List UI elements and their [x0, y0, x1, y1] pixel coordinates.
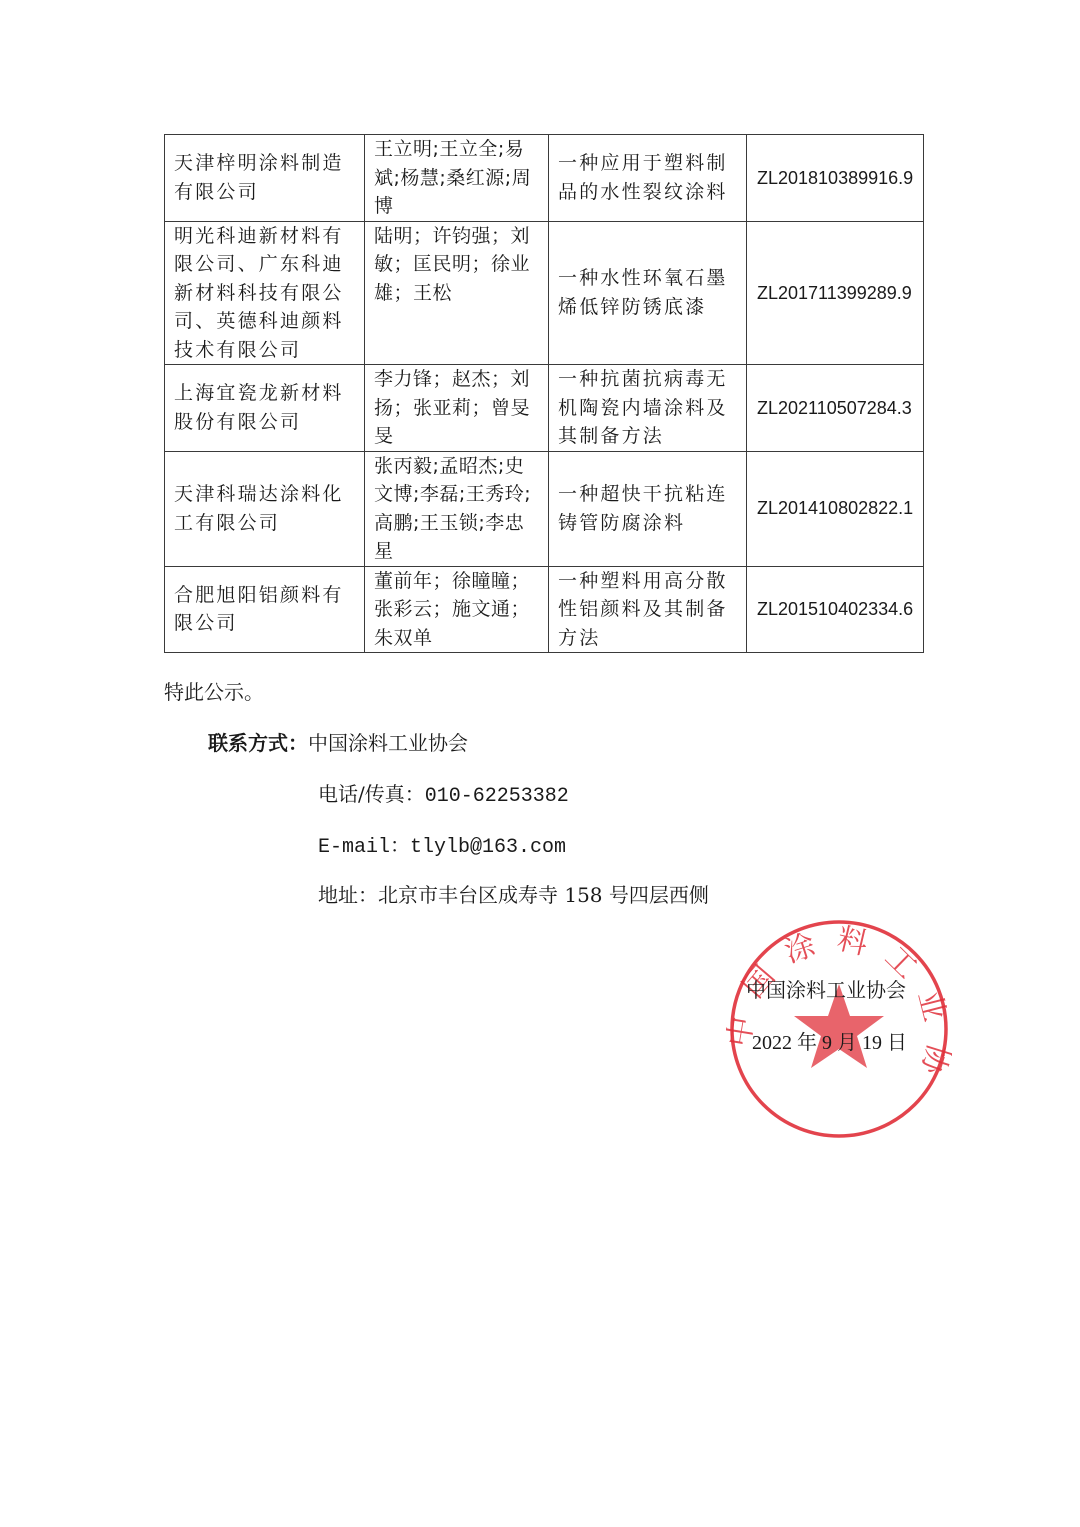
inventors-cell: 张丙毅;孟昭杰;史文博;李磊;王秀玲;高鹏;王玉锁;李忠星 — [365, 451, 549, 566]
patent-title-cell: 一种水性环氧石墨烯低锌防锈底漆 — [549, 221, 747, 365]
company-cell: 天津梓明涂料制造有限公司 — [165, 135, 365, 222]
patent-title-cell: 一种抗菌抗病毒无机陶瓷内墙涂料及其制备方法 — [549, 365, 747, 452]
inventors-cell: 李力锋；赵杰；刘扬；张亚莉；曾旻旻 — [365, 365, 549, 452]
company-cell: 上海宜瓷龙新材料股份有限公司 — [165, 365, 365, 452]
contact-label: 联系方式： — [208, 731, 308, 755]
contact-org: 中国涂料工业协会 — [308, 731, 468, 755]
patent-number-cell: ZL201711399289.9 — [747, 221, 924, 365]
patent-title-cell: 一种应用于塑料制品的水性裂纹涂料 — [549, 135, 747, 222]
patent-number-cell: ZL201510402334.6 — [747, 566, 924, 653]
phone-label: 电话/传真： — [318, 782, 425, 806]
table-row: 天津科瑞达涂料化工有限公司 张丙毅;孟昭杰;史文博;李磊;王秀玲;高鹏;王玉锁;… — [165, 451, 924, 566]
company-cell: 天津科瑞达涂料化工有限公司 — [165, 451, 365, 566]
patent-number-cell: ZL201410802822.1 — [747, 451, 924, 566]
signature-organization: 中国涂料工业协会 — [746, 974, 906, 1003]
signature-date: 2022 年 9 月 19 日 — [752, 1026, 907, 1055]
contact-org-line: 联系方式：中国涂料工业协会 — [208, 727, 468, 756]
inventors-cell: 董前年；徐瞳瞳；张彩云；施文通；朱双单 — [365, 566, 549, 653]
table-row: 明光科迪新材料有限公司、广东科迪新材料科技有限公司、英德科迪颜料技术有限公司 陆… — [165, 221, 924, 365]
table-row: 合肥旭阳铝颜料有限公司 董前年；徐瞳瞳；张彩云；施文通；朱双单 一种塑料用高分散… — [165, 566, 924, 653]
patent-number-cell: ZL201810389916.9 — [747, 135, 924, 222]
email-address: tlylb@163.com — [410, 836, 566, 859]
inventors-cell: 王立明;王立全;易斌;杨慧;桑红源;周博 — [365, 135, 549, 222]
patent-title-cell: 一种塑料用高分散性铝颜料及其制备方法 — [549, 566, 747, 653]
contact-phone-line: 电话/传真：010-62253382 — [318, 778, 569, 808]
inventors-cell: 陆明；许钧强；刘敏；匡民明；徐业雄；王松 — [365, 221, 549, 365]
table-row: 天津梓明涂料制造有限公司 王立明;王立全;易斌;杨慧;桑红源;周博 一种应用于塑… — [165, 135, 924, 222]
phone-number: 010-62253382 — [425, 785, 569, 808]
email-label: E-mail： — [318, 836, 410, 859]
patent-number-cell: ZL202110507284.3 — [747, 365, 924, 452]
address-label: 地址： — [318, 883, 378, 907]
closing-statement: 特此公示。 — [164, 676, 264, 705]
company-cell: 明光科迪新材料有限公司、广东科迪新材料科技有限公司、英德科迪颜料技术有限公司 — [165, 221, 365, 365]
company-cell: 合肥旭阳铝颜料有限公司 — [165, 566, 365, 653]
table-row: 上海宜瓷龙新材料股份有限公司 李力锋；赵杰；刘扬；张亚莉；曾旻旻 一种抗菌抗病毒… — [165, 365, 924, 452]
contact-address-line: 地址：北京市丰台区成寿寺 158 号四层西侧 — [318, 879, 709, 908]
contact-email-line: E-mail：tlylb@163.com — [318, 829, 566, 859]
patent-title-cell: 一种超快干抗粘连铸管防腐涂料 — [549, 451, 747, 566]
patent-table: 天津梓明涂料制造有限公司 王立明;王立全;易斌;杨慧;桑红源;周博 一种应用于塑… — [164, 134, 924, 653]
address: 北京市丰台区成寿寺 158 号四层西侧 — [378, 883, 709, 907]
